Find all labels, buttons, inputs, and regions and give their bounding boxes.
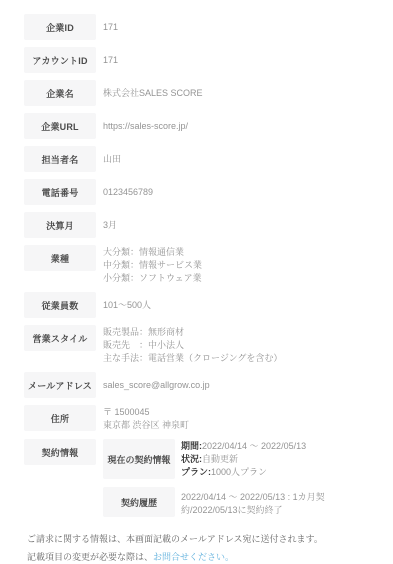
sales-method: 主な手法：電話営業（クロージングを含む） — [103, 352, 282, 365]
row-company-id: 企業ID 171 — [24, 14, 369, 40]
field-value: 0123456789 — [103, 179, 153, 199]
field-label: 企業URL — [24, 113, 96, 139]
field-label: アカウントID — [24, 47, 96, 73]
row-industry: 業種 大分類：情報通信業 中分類：情報サービス業 小分類：ソフトウェア業 — [24, 245, 369, 285]
contract-details: 現在の契約情報 期間:2022/04/14 ～ 2022/05/13 状況:自動… — [103, 439, 369, 517]
field-value: 大分類：情報通信業 中分類：情報サービス業 小分類：ソフトウェア業 — [103, 245, 202, 285]
contract-period-key: 期間: — [181, 441, 202, 451]
contract-history-label: 契約履歴 — [103, 487, 175, 517]
field-value: 171 — [103, 47, 118, 67]
field-label: 従業員数 — [24, 292, 96, 318]
sales-target: 販売先 ：中小法人 — [103, 339, 282, 352]
current-contract-row: 現在の契約情報 期間:2022/04/14 ～ 2022/05/13 状況:自動… — [103, 439, 369, 479]
field-value: 〒 1500045 東京都 渋谷区 神泉町 — [103, 405, 189, 432]
postal-code: 〒 1500045 — [103, 406, 189, 419]
field-value: 株式会社SALES SCORE — [103, 80, 203, 100]
row-phone-number: 電話番号 0123456789 — [24, 179, 369, 205]
contract-status-key: 状況: — [181, 454, 202, 464]
current-contract-label: 現在の契約情報 — [103, 439, 175, 479]
field-label: メールアドレス — [24, 372, 96, 398]
industry-major: 大分類：情報通信業 — [103, 246, 202, 259]
change-note-text: 記載項目の変更が必要な際は、 — [27, 552, 153, 562]
row-contact-name: 担当者名 山田 — [24, 146, 369, 172]
contract-status: 状況:自動更新 — [181, 453, 306, 466]
field-label: 契約情報 — [24, 439, 96, 465]
field-label: 決算月 — [24, 212, 96, 238]
change-note: 記載項目の変更が必要な際は、お問合せください。 — [27, 551, 369, 563]
row-contract-info: 契約情報 現在の契約情報 期間:2022/04/14 ～ 2022/05/13 … — [24, 439, 369, 517]
contract-plan: プラン:1000人プラン — [181, 466, 306, 479]
contract-plan-value: 1000人プラン — [211, 467, 267, 477]
industry-middle: 中分類：情報サービス業 — [103, 259, 202, 272]
company-detail-page: 企業ID 171 アカウントID 171 企業名 株式会社SALES SCORE… — [0, 0, 393, 563]
field-value: https://sales-score.jp/ — [103, 113, 188, 133]
field-label: 営業スタイル — [24, 325, 96, 351]
field-value: sales_score@allgrow.co.jp — [103, 372, 210, 392]
contract-period: 期間:2022/04/14 ～ 2022/05/13 — [181, 440, 306, 453]
footer-notes: ご請求に関する情報は、本画面記載のメールアドレス宛に送付されます。 記載項目の変… — [24, 533, 369, 563]
row-account-id: アカウントID 171 — [24, 47, 369, 73]
industry-minor: 小分類：ソフトウェア業 — [103, 272, 202, 285]
row-fiscal-month: 決算月 3月 — [24, 212, 369, 238]
contract-history-value: 2022/04/14 ～ 2022/05/13 : 1カ月契約/2022/05/… — [181, 487, 369, 517]
field-value: 171 — [103, 14, 118, 34]
field-label: 電話番号 — [24, 179, 96, 205]
row-employee-count: 従業員数 101〜500人 — [24, 292, 369, 318]
field-label: 住所 — [24, 405, 96, 431]
field-label: 企業ID — [24, 14, 96, 40]
row-company-url: 企業URL https://sales-score.jp/ — [24, 113, 369, 139]
field-label: 担当者名 — [24, 146, 96, 172]
address-line: 東京都 渋谷区 神泉町 — [103, 419, 189, 432]
contact-link[interactable]: お問合せください。 — [153, 552, 234, 562]
field-label: 業種 — [24, 245, 96, 271]
row-address: 住所 〒 1500045 東京都 渋谷区 神泉町 — [24, 405, 369, 432]
sales-product: 販売製品：無形商材 — [103, 326, 282, 339]
field-label: 企業名 — [24, 80, 96, 106]
row-sales-style: 営業スタイル 販売製品：無形商材 販売先 ：中小法人 主な手法：電話営業（クロー… — [24, 325, 369, 365]
contract-status-value: 自動更新 — [202, 454, 238, 464]
field-value: 101〜500人 — [103, 292, 151, 312]
row-company-name: 企業名 株式会社SALES SCORE — [24, 80, 369, 106]
billing-note: ご請求に関する情報は、本画面記載のメールアドレス宛に送付されます。 — [27, 533, 369, 545]
row-email: メールアドレス sales_score@allgrow.co.jp — [24, 372, 369, 398]
contract-period-value: 2022/04/14 ～ 2022/05/13 — [202, 441, 306, 451]
current-contract-fields: 期間:2022/04/14 ～ 2022/05/13 状況:自動更新 プラン:1… — [181, 439, 306, 479]
field-value: 販売製品：無形商材 販売先 ：中小法人 主な手法：電話営業（クロージングを含む） — [103, 325, 282, 365]
contract-history-row: 契約履歴 2022/04/14 ～ 2022/05/13 : 1カ月契約/202… — [103, 487, 369, 517]
field-value: 山田 — [103, 146, 121, 166]
field-value: 3月 — [103, 212, 117, 232]
contract-plan-key: プラン: — [181, 467, 211, 477]
